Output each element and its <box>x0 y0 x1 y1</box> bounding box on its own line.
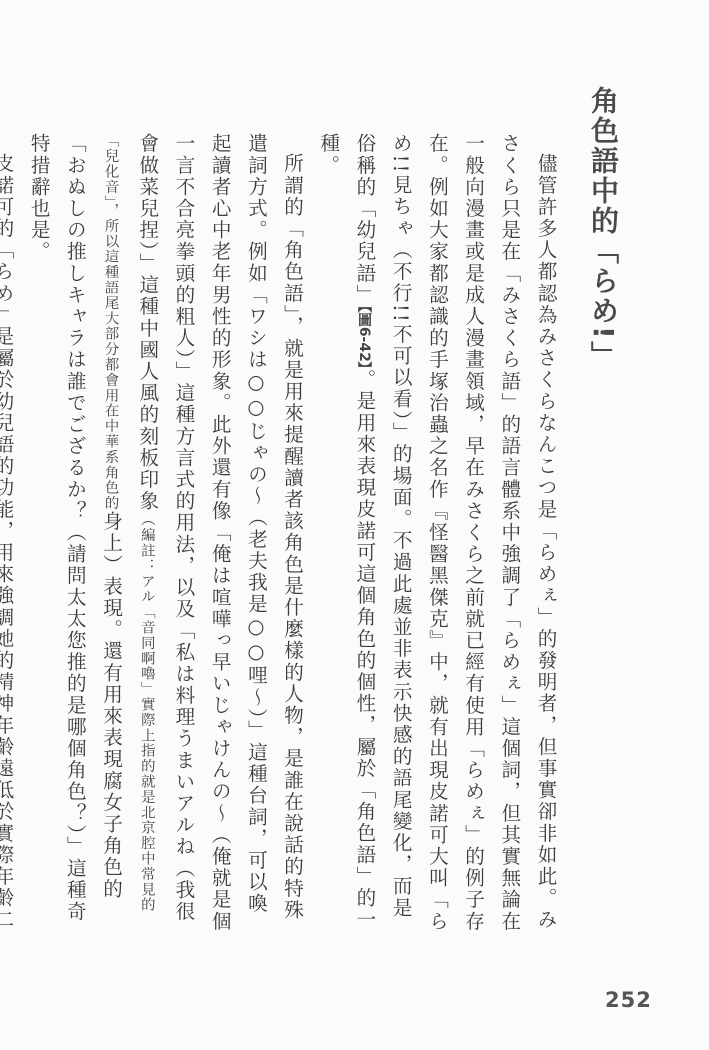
paragraph-1: 儘管許多人都認為みさくらなんこつ是「らめぇ」的發明者，但事實卻非如此。みさくら只… <box>310 133 563 933</box>
paragraph-1-text: 儘管許多人都認為みさくらなんこつ是「らめぇ」的發明者，但事實卻非如此。みさくら只… <box>353 133 557 932</box>
figure-reference: 【圖6-42】 <box>356 306 372 369</box>
body-text: 儘管許多人都認為みさくらなんこつ是「らめぇ」的發明者，但事實卻非如此。みさくら只… <box>0 133 563 933</box>
paragraph-3: 皮諾可的「らめ」是屬於幼兒語的功能，用來強調她的精神年齡遠低於實際年齡二十歲，此… <box>0 133 20 933</box>
section-title: 角色語中的「らめ!」 <box>586 86 620 371</box>
paragraph-2: 所謂的「角色語」，就是用來提醒讀者該角色是什麼樣的人物，是誰在說話的特殊遣詞方式… <box>20 133 310 933</box>
page-number: 252 <box>605 988 652 1012</box>
paragraph-2-text: 所謂的「角色語」，就是用來提醒讀者該角色是什麼樣的人物，是誰在說話的特殊遣詞方式… <box>136 133 304 932</box>
paragraph-3-text: 皮諾可的「らめ」是屬於幼兒語的功能，用來強調她的精神年齡遠低於實際年齡二十歲，此… <box>0 133 14 932</box>
book-page: 角色語中的「らめ!」 儘管許多人都認為みさくらなんこつ是「らめぇ」的發明者，但事… <box>0 0 709 1050</box>
